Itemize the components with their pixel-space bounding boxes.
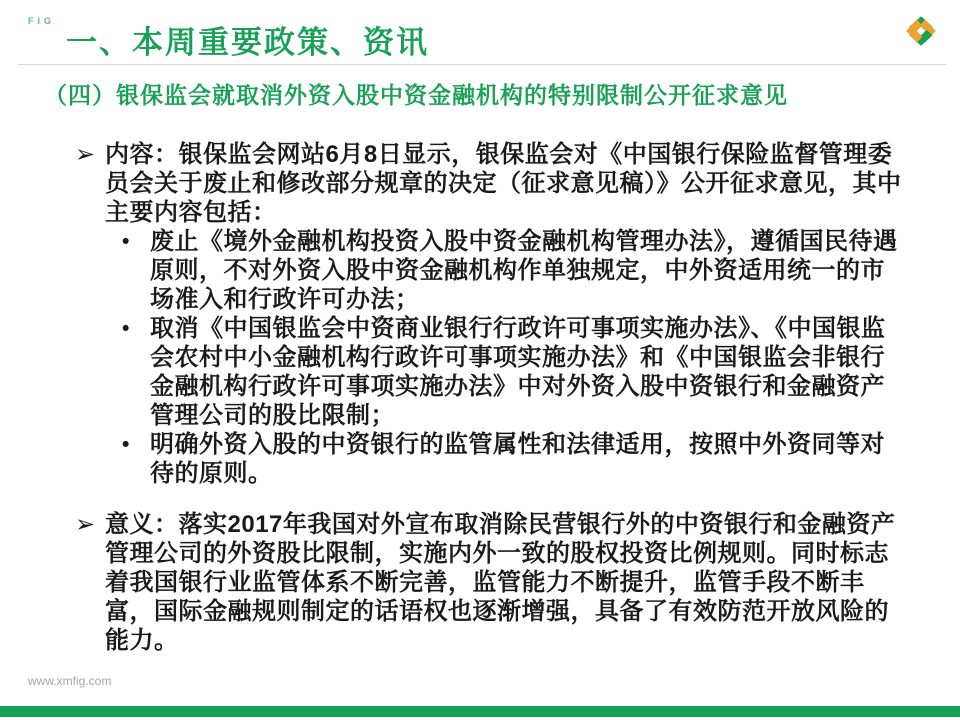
- arrow-bullet-icon: ➢: [75, 510, 105, 539]
- slide: FIG 一、本周重要政策、资讯 （四）银保监会就取消外资入股中资金融机构的特别限…: [0, 0, 960, 720]
- sub-bullet-item: • 废止《境外金融机构投资入股中资金融机构管理办法》，遵循国民待遇原则，不对外资…: [122, 227, 905, 314]
- arrow-bullet-icon: ➢: [75, 140, 105, 169]
- pinwheel-logo-icon: [902, 12, 940, 50]
- page-title: 一、本周重要政策、资讯: [66, 24, 429, 62]
- sub-bullet-item: • 明确外资入股的中资银行的监管属性和法律适用，按照中外资同等对待的原则。: [122, 430, 905, 488]
- dot-bullet-icon: •: [122, 430, 150, 459]
- bullet-item: ➢ 内容：银保监会网站6月8日显示，银保监会对《中国银行保险监督管理委员会关于废…: [75, 140, 905, 227]
- sub-bullet-text: 废止《境外金融机构投资入股中资金融机构管理办法》，遵循国民待遇原则，不对外资入股…: [150, 227, 905, 314]
- sub-bullet-text: 明确外资入股的中资银行的监管属性和法律适用，按照中外资同等对待的原则。: [150, 430, 905, 488]
- bullet-text: 内容：银保监会网站6月8日显示，银保监会对《中国银行保险监督管理委员会关于废止和…: [105, 140, 905, 227]
- header-divider: [18, 64, 946, 65]
- bullet-item: ➢ 意义：落实2017年我国对外宣布取消除民营银行外的中资银行和金融资产管理公司…: [75, 510, 905, 655]
- sub-bullet-text: 取消《中国银监会中资商业银行行政许可事项实施办法》、《中国银监会农村中小金融机构…: [150, 314, 905, 430]
- bullet-text: 意义：落实2017年我国对外宣布取消除民营银行外的中资银行和金融资产管理公司的外…: [105, 510, 905, 655]
- bottom-accent-bar: [0, 706, 960, 717]
- footer-url: www.xmfig.com: [28, 674, 111, 688]
- sub-bullet-item: • 取消《中国银监会中资商业银行行政许可事项实施办法》、《中国银监会农村中小金融…: [122, 314, 905, 430]
- section-subtitle: （四）银保监会就取消外资入股中资金融机构的特别限制公开征求意见: [44, 80, 788, 110]
- slide-body: ➢ 内容：银保监会网站6月8日显示，银保监会对《中国银行保险监督管理委员会关于废…: [75, 140, 905, 655]
- dot-bullet-icon: •: [122, 227, 150, 256]
- dot-bullet-icon: •: [122, 314, 150, 343]
- brand-mark: FIG: [28, 16, 55, 26]
